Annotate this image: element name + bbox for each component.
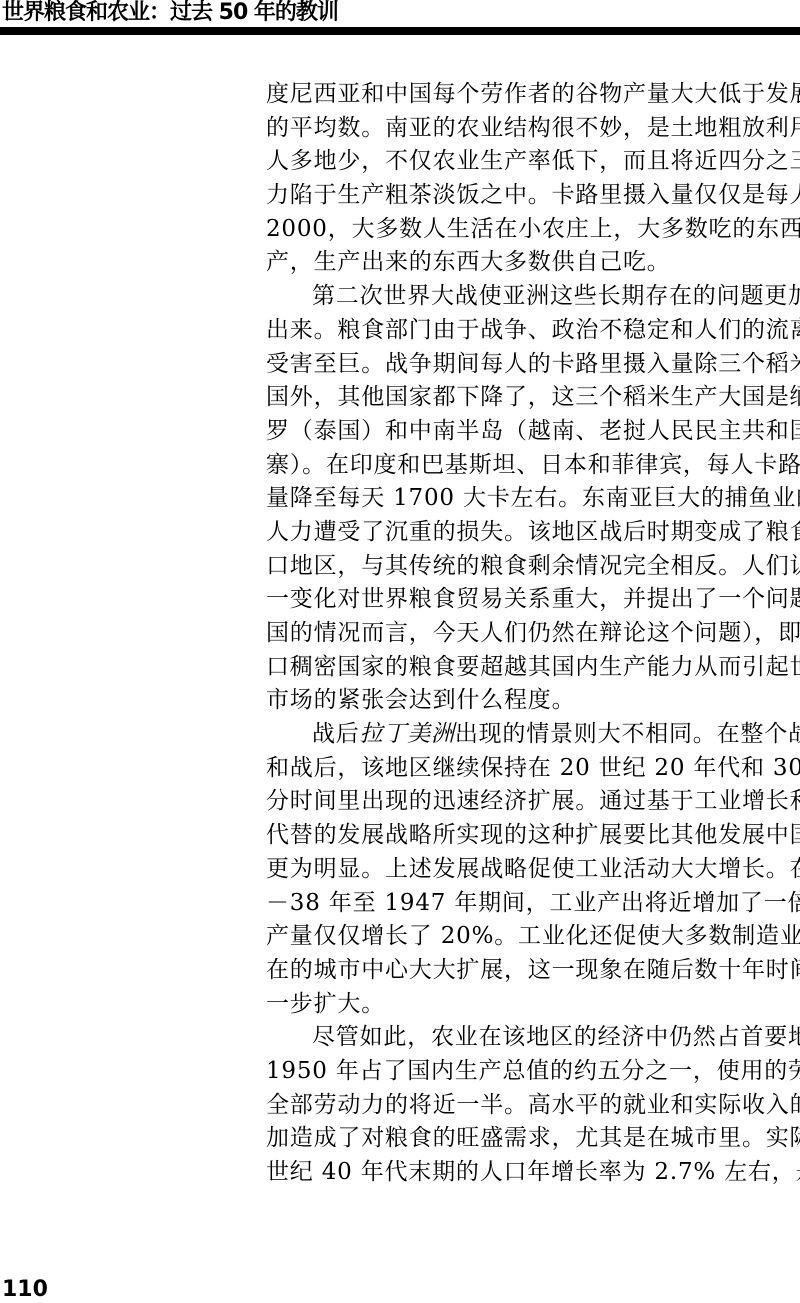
- text-segment: 战后: [312, 721, 360, 747]
- text-line: 人多地少，不仅农业生产率低下，而且将近四分之三的劳动: [266, 145, 796, 179]
- page-number: 110: [2, 1278, 48, 1302]
- text-line: 力陷于生产粗茶淡饭之中。卡路里摄入量仅仅是每人每天: [266, 179, 796, 213]
- text-line: 加造成了对粮食的旺盛需求，尤其是在城市里。实际上，20: [266, 1122, 796, 1156]
- text-line: 出来。粮食部门由于战争、政治不稳定和人们的流离失所而: [266, 314, 796, 348]
- text-line: 产量仅仅增长了 20%。工业化还促使大多数制造业活动所: [266, 920, 796, 954]
- text-line: 度尼西亚和中国每个劳作者的谷物产量大大低于发展中国家: [266, 78, 796, 112]
- text-line: 口稠密国家的粮食要超越其国内生产能力从而引起世界粮食: [266, 651, 796, 685]
- text-line: 口地区，与其传统的粮食剩余情况完全相反。人们认为，这: [266, 550, 796, 584]
- text-line: 代替的发展战略所实现的这种扩展要比其他发展中国家地区: [266, 819, 796, 853]
- running-head-title: 世界粮食和农业：过去 50 年的教训: [2, 0, 338, 26]
- text-line: 一步扩大。: [266, 988, 796, 1022]
- paragraph-start-line: 第二次世界大战使亚洲这些长期存在的问题更加突显: [266, 280, 796, 314]
- text-line: 国外，其他国家都下降了，这三个稻米生产大国是缅甸、暹: [266, 381, 796, 415]
- text-line: －38 年至 1947 年期间，工业产出将近增加了一倍，而农业: [266, 887, 796, 921]
- text-line: 和战后，该地区继续保持在 20 世纪 20 年代和 30 年代大部: [266, 752, 796, 786]
- text-segment: 出现的情景则大不相同。在整个战争期间: [455, 721, 800, 747]
- text-line: 受害至巨。战争期间每人的卡路里摄入量除三个稻米生产大: [266, 348, 796, 382]
- text-line: 的平均数。南亚的农业结构很不妙，是土地粗放利用又外加: [266, 112, 796, 146]
- paragraph-start-line: 战后拉丁美洲出现的情景则大不相同。在整个战争期间: [266, 718, 796, 752]
- text-line: 世纪 40 年代末期的人口年增长率为 2.7% 左右，是所有地区: [266, 1156, 796, 1190]
- text-line: 人力遭受了沉重的损失。该地区战后时期变成了粮食的净进: [266, 516, 796, 550]
- text-line: 在的城市中心大大扩展，这一现象在随后数十年时间里又进: [266, 954, 796, 988]
- text-line: 一变化对世界粮食贸易关系重大，并提出了一个问题（就中: [266, 583, 796, 617]
- paragraph-start-line: 尽管如此，农业在该地区的经济中仍然占首要地位，在: [266, 1021, 796, 1055]
- text-line: 1950 年占了国内生产总值的约五分之一，使用的劳动力占: [266, 1055, 796, 1089]
- text-line: 国的情况而言，今天人们仍然在辩论这个问题），即亚洲人: [266, 617, 796, 651]
- text-line: 市场的紧张会达到什么程度。: [266, 684, 796, 718]
- text-line: 全部劳动力的将近一半。高水平的就业和实际收入的迅速增: [266, 1089, 796, 1123]
- text-line: 2000，大多数人生活在小农庄上，大多数吃的东西自己生: [266, 213, 796, 247]
- italic-term: 拉丁美洲: [360, 721, 455, 747]
- text-line: 产，生产出来的东西大多数供自己吃。: [266, 246, 796, 280]
- text-line: 分时间里出现的迅速经济扩展。通过基于工业增长和进口品: [266, 785, 796, 819]
- text-line: 量降至每天 1700 大卡左右。东南亚巨大的捕鱼业的渔船和: [266, 482, 796, 516]
- body-text: 度尼西亚和中国每个劳作者的谷物产量大大低于发展中国家 的平均数。南亚的农业结构很…: [266, 78, 796, 1190]
- text-line: 罗（泰国）和中南半岛（越南、老挝人民民主共和国、柬埔: [266, 415, 796, 449]
- header-rule: [0, 27, 800, 35]
- text-line: 更为明显。上述发展战略促使工业活动大大增长。在 1934: [266, 853, 796, 887]
- text-line: 寨）。在印度和巴基斯坦、日本和菲律宾，每人卡路里摄入: [266, 449, 796, 483]
